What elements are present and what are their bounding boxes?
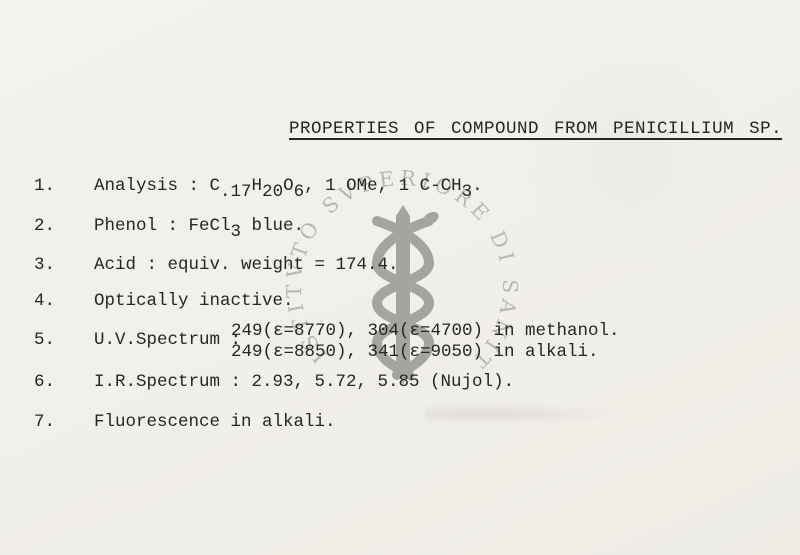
uv-line-methanol: 249(ε=8770), 304(ε=4700) in methanol.	[231, 321, 620, 342]
item-number: 5.	[34, 330, 55, 350]
item-label: U.V.Spectrum :	[94, 330, 241, 350]
item-number: 7.	[34, 412, 55, 432]
iss-stamp: ISTITVTO SVPERIORE DI SANITÀ	[0, 0, 800, 555]
uv-line-alkali: 249(ε=8850), 341(ε=9050) in alkali.	[231, 342, 620, 363]
scan-smudge	[425, 403, 625, 425]
ink-bleed-through	[520, 40, 740, 270]
page-title: PROPERTIES OF COMPOUND FROM PENICILLIUM …	[289, 119, 782, 139]
scanned-document: ISTITVTO SVPERIORE DI SANITÀ PROPERTIES …	[0, 0, 800, 555]
item-number: 2.	[34, 216, 55, 236]
item-text: Acid : equiv. weight = 174.4.	[94, 255, 399, 275]
item-text: Analysis : C.17H20O6, 1 OMe, 1 C-CH3.	[94, 176, 483, 196]
item-number: 3.	[34, 255, 55, 275]
item-text: I.R.Spectrum : 2.93, 5.72, 5.85 (Nujol).	[94, 372, 514, 392]
item-text: Fluorescence in alkali.	[94, 412, 336, 432]
item-number: 6.	[34, 372, 55, 392]
item-text: Phenol : FeCl3 blue.	[94, 216, 304, 236]
item-number: 4.	[34, 291, 55, 311]
item-number: 1.	[34, 176, 55, 196]
uv-spectrum-values: 249(ε=8770), 304(ε=4700) in methanol. 24…	[231, 321, 620, 362]
item-text: Optically inactive.	[94, 291, 294, 311]
